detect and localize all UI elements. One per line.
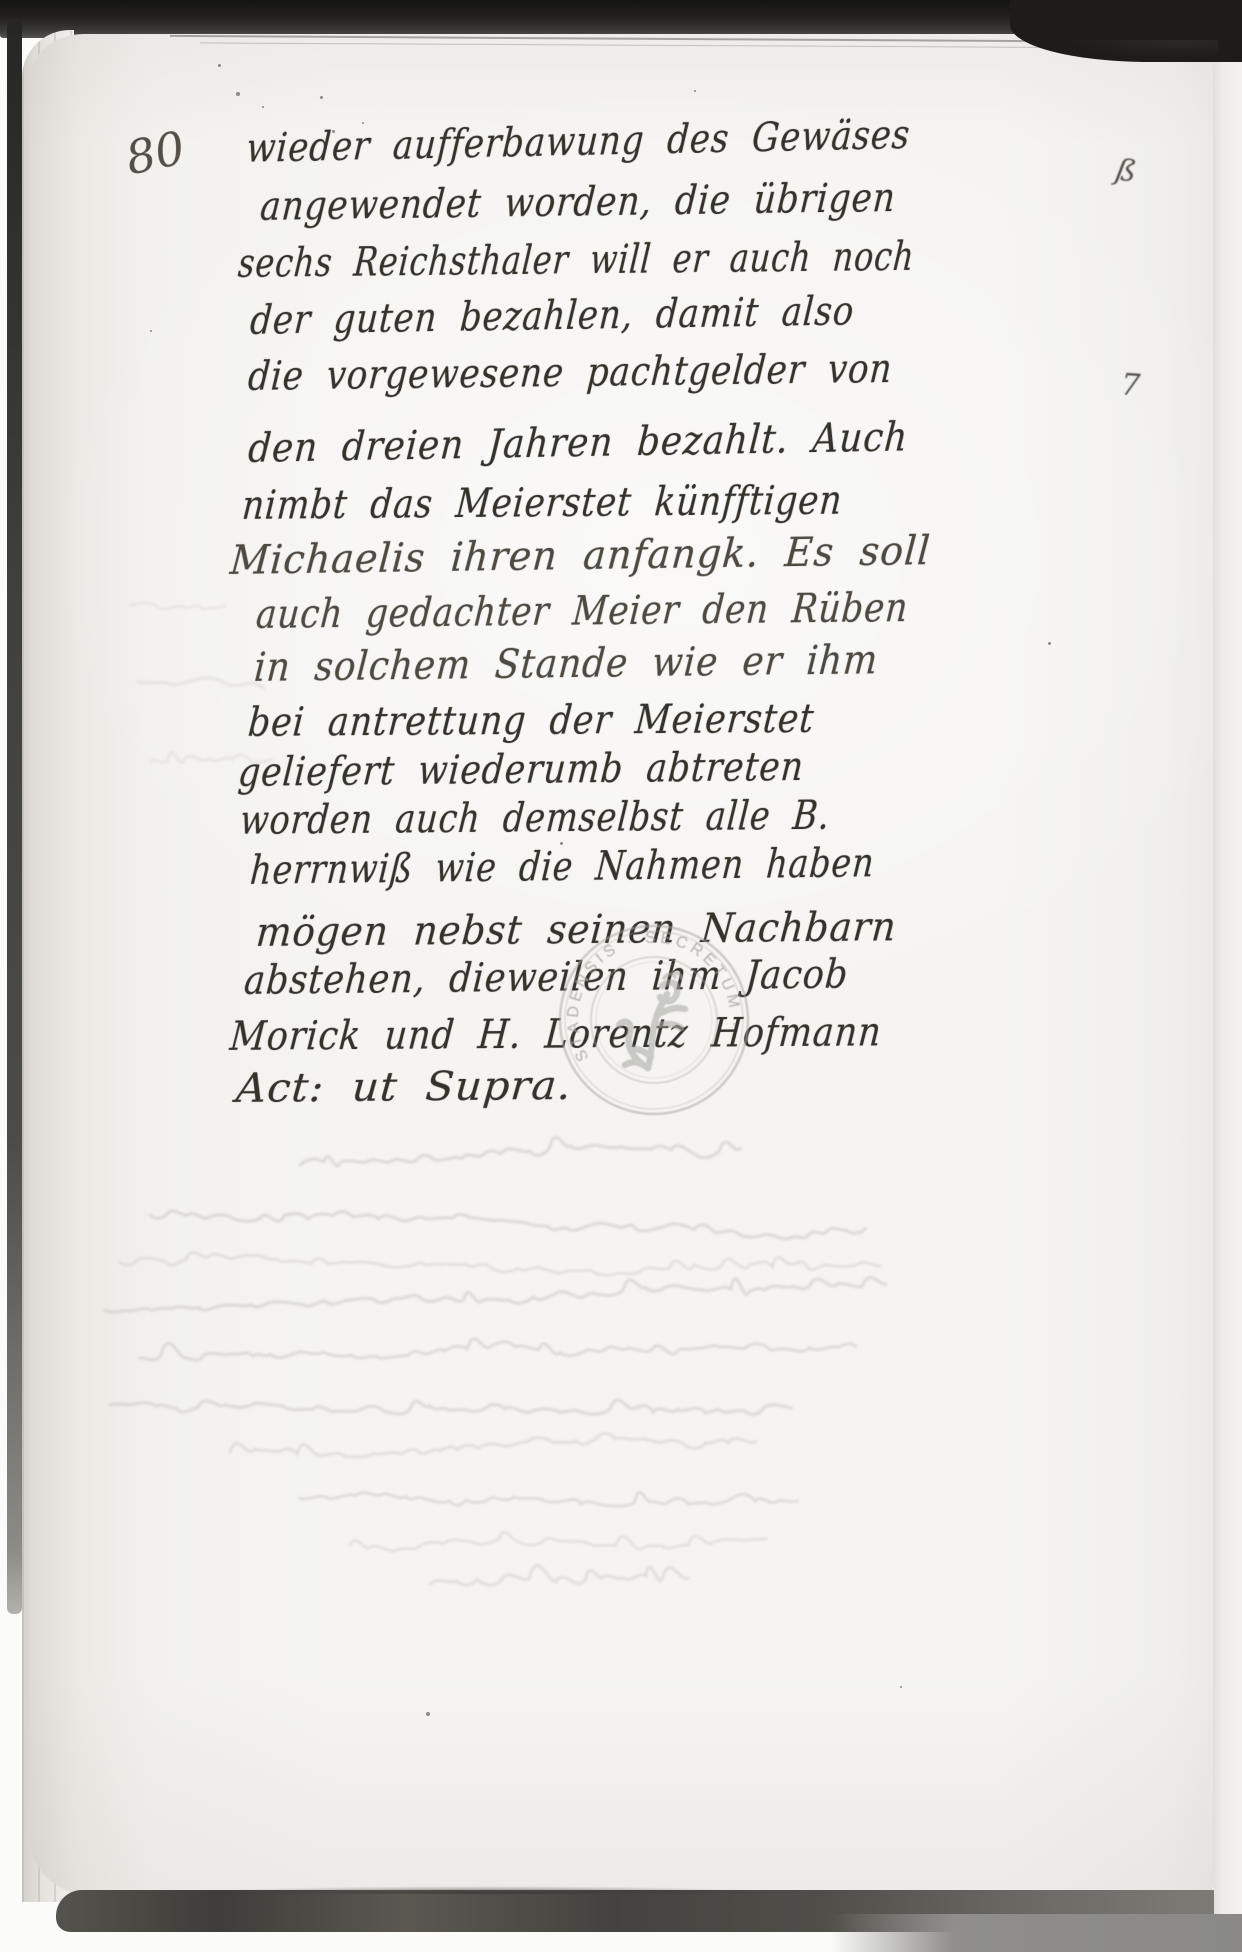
bleedthrough-line	[120, 1252, 880, 1275]
ink-speck	[150, 330, 152, 332]
scanned-manuscript-page: 80 wieder aufferbawung des Gewäsesangewe…	[0, 0, 1242, 1952]
bleedthrough-line	[150, 752, 271, 762]
bleedthrough-line	[230, 1433, 755, 1456]
edge-ink-mark: 7	[1120, 367, 1141, 403]
bleedthrough-line	[130, 603, 225, 609]
bleedthrough-line	[150, 1211, 866, 1239]
bleedthrough-line	[430, 1565, 688, 1585]
ink-speck	[236, 92, 240, 96]
ink-speck	[900, 1686, 902, 1688]
ink-speck	[218, 64, 221, 67]
ink-speck	[262, 106, 264, 108]
bleedthrough-line	[300, 1493, 798, 1507]
ink-speck	[362, 122, 364, 124]
ink-speck	[694, 90, 696, 92]
ink-speck	[560, 842, 563, 845]
bleedthrough-line	[350, 1532, 767, 1551]
ink-speck	[1048, 642, 1051, 645]
bleedthrough-line	[140, 1339, 856, 1360]
ink-speck	[320, 96, 323, 99]
bleedthrough-line	[110, 1400, 791, 1414]
ink-speck	[426, 1712, 430, 1716]
bleedthrough-ghost-writing	[0, 0, 1242, 1952]
bleedthrough-line	[300, 1137, 741, 1166]
ink-speck	[332, 130, 335, 133]
bleedthrough-line	[138, 678, 264, 688]
bleedthrough-line	[105, 1277, 886, 1312]
